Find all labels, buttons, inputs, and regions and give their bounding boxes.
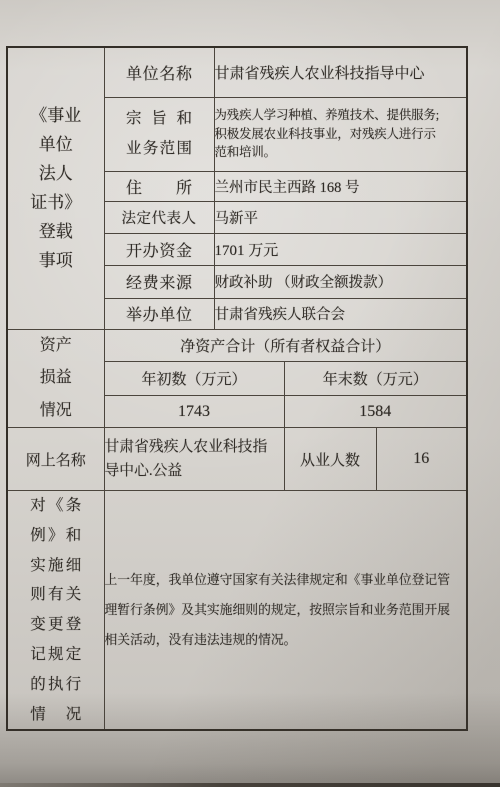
mission-scope-value-cell: 为残疾人学习种植、养殖技术、提供服务;积极发展农业科技事业，对残疾人进行示范和培… — [214, 97, 467, 171]
opening-funds-label: 开办资金 — [126, 238, 192, 261]
assets-side-label-cell: 资产损益情况 — [7, 329, 104, 428]
unit-name-label: 单位名称 — [126, 61, 192, 84]
mission-scope-label-cell: 宗旨和业务范围 — [104, 97, 214, 171]
address-value: 兰州市民主西路 168 号 — [214, 171, 467, 201]
row-unit-name: 《事业单位法人证书》登载事项 单位名称 甘肃省残疾人农业科技指导中心 — [7, 47, 467, 97]
compliance-content: 上一年度，我单位遵守国家有关法律规定和《事业单位登记管理暂行条例》及其实施细则的… — [105, 565, 467, 655]
year-start-header: 年初数（万元） — [104, 362, 284, 396]
opening-funds-value: 1701 万元 — [214, 233, 467, 265]
mission-scope-label: 宗旨和业务范围 — [105, 104, 214, 164]
document-photo: 《事业单位法人证书》登载事项 单位名称 甘肃省残疾人农业科技指导中心 宗旨和业务… — [0, 0, 500, 787]
row-net-assets-header: 资产损益情况 净资产合计（所有者权益合计） — [7, 329, 467, 362]
legal-representative-value: 马新平 — [214, 201, 467, 233]
online-name-label: 网上名称 — [7, 428, 104, 491]
row-online-name: 网上名称 甘肃省残疾人农业科技指导中心.公益 从业人数 16 — [7, 428, 467, 491]
staff-count-label: 从业人数 — [284, 428, 376, 491]
assets-side-label: 资产损益情况 — [8, 330, 104, 428]
net-assets-header: 净资产合计（所有者权益合计） — [104, 329, 467, 362]
certificate-side-label: 《事业单位法人证书》登载事项 — [8, 101, 104, 275]
photo-bottom-shadow — [0, 783, 500, 787]
funding-source-label: 经费来源 — [126, 270, 192, 293]
sponsor-unit-label-cell: 举办单位 — [104, 298, 214, 329]
row-compliance: 对《条例》和实施细则有关变更登记规定的执行情况 上一年度，我单位遵守国家有关法律… — [7, 491, 467, 731]
year-end-value: 1584 — [284, 396, 467, 428]
online-name-value: 甘肃省残疾人农业科技指导中心.公益 — [104, 428, 284, 491]
sponsor-unit-value: 甘肃省残疾人联合会 — [214, 298, 467, 329]
funding-source-value: 财政补助 （财政全额拨款） — [214, 265, 467, 298]
certificate-side-label-cell: 《事业单位法人证书》登载事项 — [7, 47, 104, 329]
unit-name-label-cell: 单位名称 — [104, 47, 214, 97]
mission-scope-value: 为残疾人学习种植、养殖技术、提供服务;积极发展农业科技事业，对残疾人进行示范和培… — [215, 106, 467, 162]
compliance-side-label: 对《条例》和实施细则有关变更登记规定的执行情况 — [8, 491, 104, 729]
annual-report-form-table: 《事业单位法人证书》登载事项 单位名称 甘肃省残疾人农业科技指导中心 宗旨和业务… — [6, 46, 468, 731]
unit-name-value: 甘肃省残疾人农业科技指导中心 — [214, 47, 467, 97]
legal-representative-label: 法定代表人 — [104, 201, 214, 233]
sponsor-unit-label: 举办单位 — [126, 302, 192, 325]
compliance-side-label-cell: 对《条例》和实施细则有关变更登记规定的执行情况 — [7, 491, 104, 731]
year-start-value: 1743 — [104, 396, 284, 428]
year-end-header: 年末数（万元） — [284, 362, 467, 396]
address-label-cell: 住所 — [104, 171, 214, 201]
address-label: 住所 — [126, 175, 192, 198]
opening-funds-label-cell: 开办资金 — [104, 233, 214, 265]
funding-source-label-cell: 经费来源 — [104, 265, 214, 298]
staff-count-value: 16 — [376, 428, 467, 491]
compliance-content-cell: 上一年度，我单位遵守国家有关法律规定和《事业单位登记管理暂行条例》及其实施细则的… — [104, 491, 467, 731]
